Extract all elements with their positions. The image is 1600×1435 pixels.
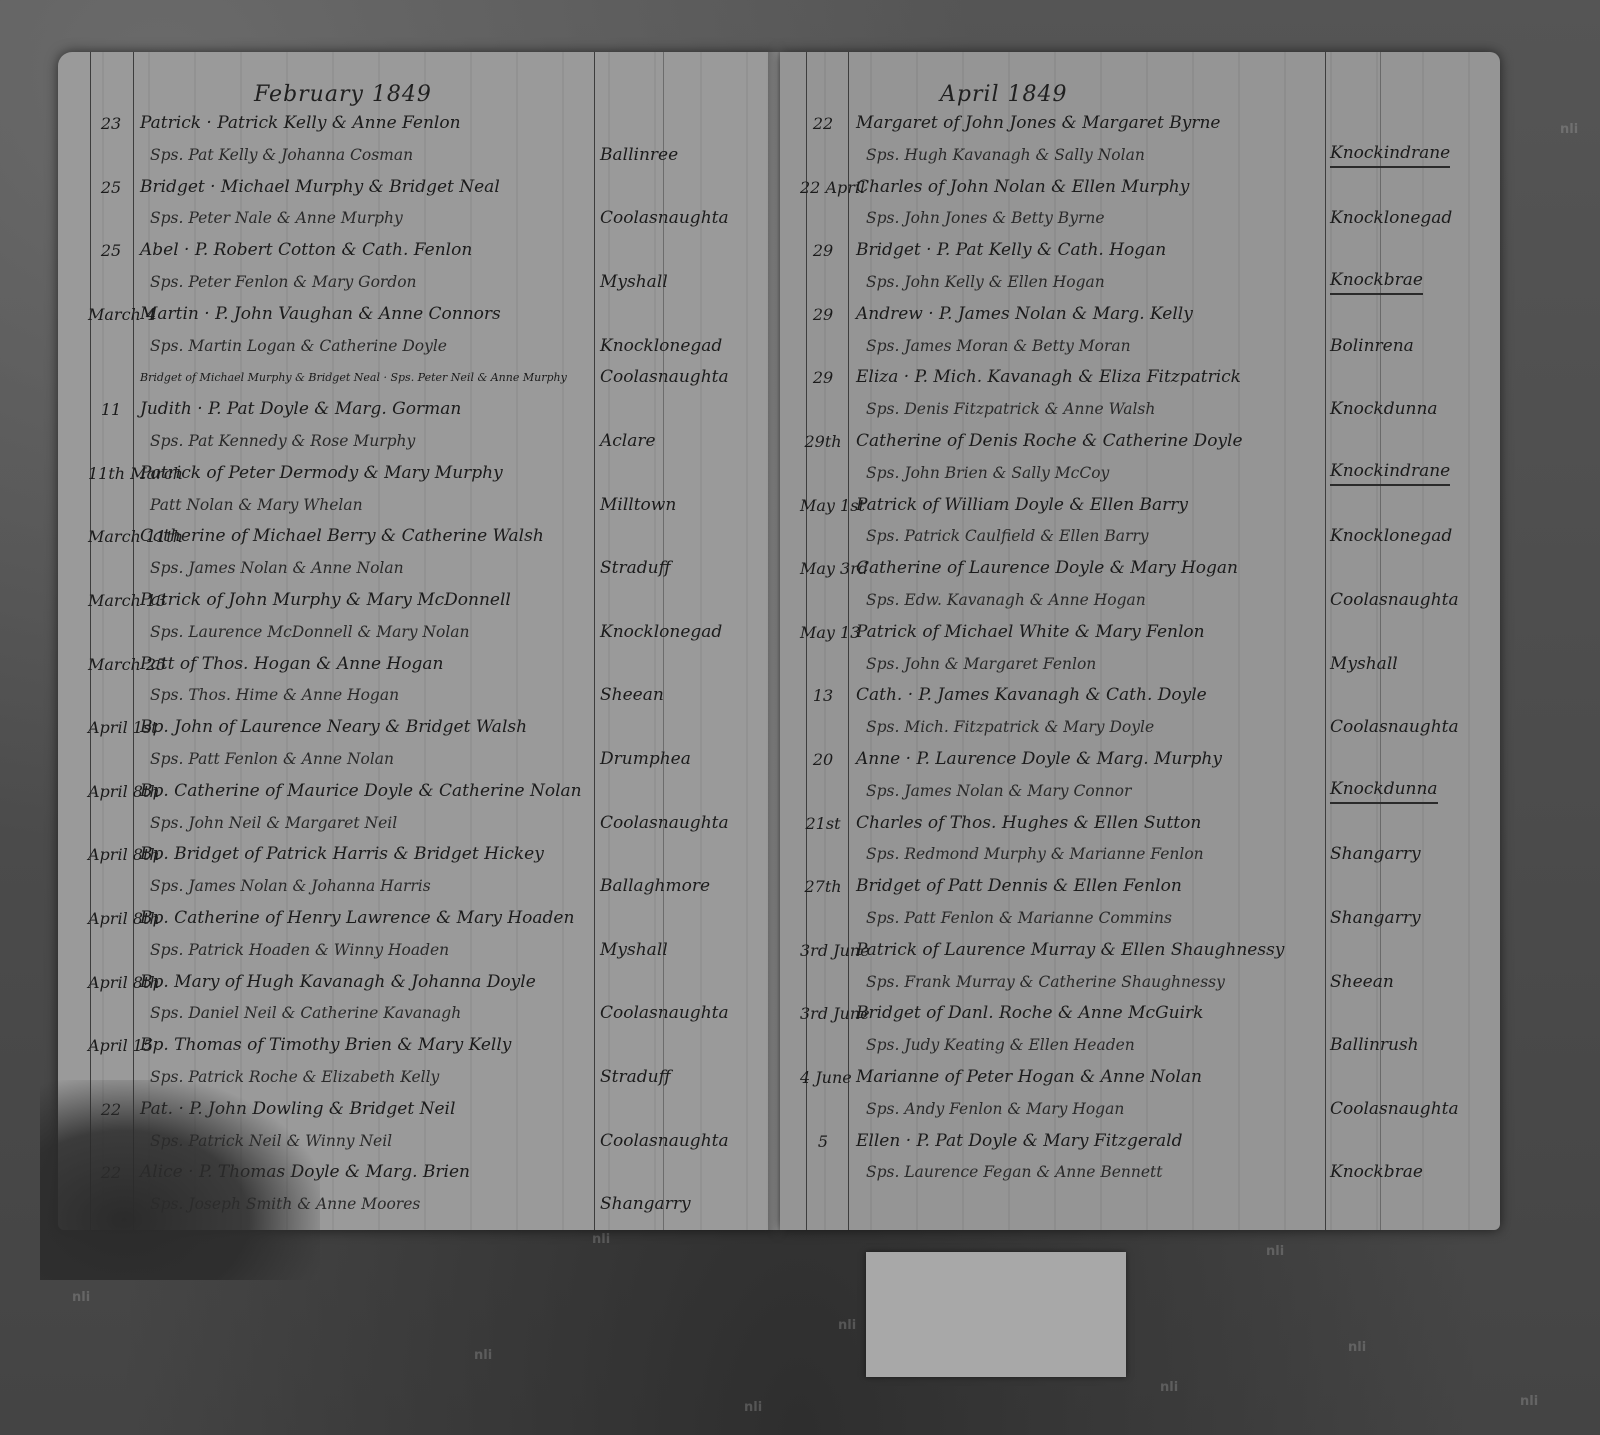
townland: Knockbrae — [1330, 267, 1423, 295]
watermark: nli — [592, 1232, 610, 1247]
entry-text: Bp. Catherine of Henry Lawrence & Mary H… — [140, 903, 574, 935]
baptism-entry: 23Patrick · Patrick Kelly & Anne Fenlon — [88, 108, 768, 140]
baptism-entry: 21stCharles of Thos. Hughes & Ellen Sutt… — [800, 808, 1500, 840]
watermark: nli — [72, 1290, 90, 1305]
entry-date: March 13 — [88, 585, 134, 617]
sponsors-text: Sps. Judy Keating & Ellen Headen — [866, 1030, 1135, 1062]
entry-text: Patt of Thos. Hogan & Anne Hogan — [140, 649, 444, 681]
sponsors-text: Sps. Pat Kelly & Johanna Cosman — [150, 140, 413, 172]
baptism-entry: March 13Patrick of John Murphy & Mary Mc… — [88, 585, 768, 617]
sponsors-line: Sps. John Brien & Sally McCoyKnockindran… — [800, 458, 1500, 490]
sponsors-line: Sps. Mich. Fitzpatrick & Mary DoyleCoola… — [800, 712, 1500, 744]
townland: Straduff — [600, 553, 671, 585]
sponsors-text: Sps. Mich. Fitzpatrick & Mary Doyle — [866, 712, 1154, 744]
townland: Coolasnaughta — [600, 362, 729, 394]
sponsors-line: Sps. Daniel Neil & Catherine KavanaghCoo… — [88, 998, 768, 1030]
sponsors-text: Sps. Redmond Murphy & Marianne Fenlon — [866, 839, 1204, 871]
baptism-entry: April 8thBp. Mary of Hugh Kavanagh & Joh… — [88, 967, 768, 999]
sponsors-line: Sps. John Kelly & Ellen HoganKnockbrae — [800, 267, 1500, 299]
baptism-entry: March 25Patt of Thos. Hogan & Anne Hogan — [88, 649, 768, 681]
sponsors-line: Sps. Patt Fenlon & Marianne ComminsShang… — [800, 903, 1500, 935]
townland: Shangarry — [1330, 839, 1421, 871]
watermark: nli — [744, 1400, 762, 1415]
entry-date: March 4 — [88, 299, 134, 331]
baptism-entry: 5Ellen · P. Pat Doyle & Mary Fitzgerald — [800, 1126, 1500, 1158]
entry-text: Patrick of William Doyle & Ellen Barry — [856, 490, 1188, 522]
entry-text: Bp. Catherine of Maurice Doyle & Catheri… — [140, 776, 582, 808]
baptism-entry: 4 JuneMarianne of Peter Hogan & Anne Nol… — [800, 1062, 1500, 1094]
baptism-entry: 3rd JunePatrick of Laurence Murray & Ell… — [800, 935, 1500, 967]
townland: Shangarry — [1330, 903, 1421, 935]
entry-text: Andrew · P. James Nolan & Marg. Kelly — [856, 299, 1193, 331]
sponsors-text: Patt Nolan & Mary Whelan — [150, 490, 363, 522]
sponsors-line: Sps. James Nolan & Johanna HarrisBallagh… — [88, 871, 768, 903]
baptism-entry: 13Cath. · P. James Kavanagh & Cath. Doyl… — [800, 680, 1500, 712]
sponsors-text: Sps. Edw. Kavanagh & Anne Hogan — [866, 585, 1146, 617]
entry-text: Catherine of Denis Roche & Catherine Doy… — [856, 426, 1243, 458]
sponsors-text: Sps. Peter Fenlon & Mary Gordon — [150, 267, 417, 299]
entry-text: Cath. · P. James Kavanagh & Cath. Doyle — [856, 680, 1207, 712]
entries-list: 23Patrick · Patrick Kelly & Anne FenlonS… — [88, 108, 768, 1221]
entry-text: Anne · P. Laurence Doyle & Marg. Murphy — [856, 744, 1222, 776]
watermark: nli — [1520, 1394, 1538, 1409]
watermark: nli — [474, 1348, 492, 1363]
sponsors-text: Sps. Martin Logan & Catherine Doyle — [150, 331, 447, 363]
townland: Shangarry — [600, 1189, 691, 1221]
entry-text: Bridget of Patt Dennis & Ellen Fenlon — [856, 871, 1182, 903]
page-heading: February 1849 — [254, 82, 432, 107]
townland: Knocklonegad — [1330, 521, 1452, 553]
sponsors-line: Sps. Laurence Fegan & Anne BennettKnockb… — [800, 1157, 1500, 1189]
sponsors-text: Sps. John Jones & Betty Byrne — [866, 203, 1105, 235]
entry-date: 3rd June — [800, 935, 846, 967]
entry-text: Bridget · Michael Murphy & Bridget Neal — [140, 172, 500, 204]
entry-text: Patrick · Patrick Kelly & Anne Fenlon — [140, 108, 461, 140]
sponsors-line: Sps. Patrick Hoaden & Winny HoadenMyshal… — [88, 935, 768, 967]
baptism-entry: 25Abel · P. Robert Cotton & Cath. Fenlon — [88, 235, 768, 267]
entry-date: 22 — [800, 108, 846, 140]
entry-text: Charles of John Nolan & Ellen Murphy — [856, 172, 1189, 204]
sponsors-line: Sps. Patrick Caulfield & Ellen BarryKnoc… — [800, 521, 1500, 553]
entry-text: Catherine of Michael Berry & Catherine W… — [140, 521, 544, 553]
entry-date: May 3rd — [800, 553, 846, 585]
townland: Knocklonegad — [600, 331, 722, 363]
watermark: nli — [1560, 122, 1578, 137]
sponsors-line: Sps. Hugh Kavanagh & Sally NolanKnockind… — [800, 140, 1500, 172]
entry-date: 11th March — [88, 458, 134, 490]
baptism-entry: May 13Patrick of Michael White & Mary Fe… — [800, 617, 1500, 649]
watermark: nli — [1266, 1244, 1284, 1259]
sponsors-line: Sps. James Nolan & Mary ConnorKnockdunna — [800, 776, 1500, 808]
sponsors-line: Sps. John Neil & Margaret NeilCoolasnaug… — [88, 808, 768, 840]
page-heading: April 1849 — [940, 82, 1068, 107]
baptism-entry: 20Anne · P. Laurence Doyle & Marg. Murph… — [800, 744, 1500, 776]
paper-slip — [866, 1252, 1126, 1377]
townland: Knockdunna — [1330, 394, 1438, 426]
entry-text: Bridget · P. Pat Kelly & Cath. Hogan — [856, 235, 1166, 267]
townland: Straduff — [600, 1062, 671, 1094]
entry-date: March 11th — [88, 521, 134, 553]
sponsors-line: Sps. Patt Fenlon & Anne NolanDrumphea — [88, 744, 768, 776]
entry-text: Bridget of Danl. Roche & Anne McGuirk — [856, 998, 1203, 1030]
entry-text: Marianne of Peter Hogan & Anne Nolan — [856, 1062, 1202, 1094]
baptism-entry: 22Margaret of John Jones & Margaret Byrn… — [800, 108, 1500, 140]
townland: Knockbrae — [1330, 1157, 1423, 1189]
baptism-entry: April 8thBp. Bridget of Patrick Harris &… — [88, 839, 768, 871]
sponsors-line: Sps. Pat Kelly & Johanna CosmanBallinree — [88, 140, 768, 172]
townland: Knocklonegad — [600, 617, 722, 649]
entry-text: Abel · P. Robert Cotton & Cath. Fenlon — [140, 235, 472, 267]
sponsors-text: Sps. James Nolan & Johanna Harris — [150, 871, 431, 903]
baptism-entry: 29Eliza · P. Mich. Kavanagh & Eliza Fitz… — [800, 362, 1500, 394]
townland: Sheean — [600, 680, 664, 712]
baptism-entry: April 8thBp. Catherine of Henry Lawrence… — [88, 903, 768, 935]
baptism-entry: March 4Martin · P. John Vaughan & Anne C… — [88, 299, 768, 331]
entry-date: April 15 — [88, 1030, 134, 1062]
baptism-entry: March 11thCatherine of Michael Berry & C… — [88, 521, 768, 553]
entry-date: 20 — [800, 744, 846, 776]
sponsors-text: Sps. Denis Fitzpatrick & Anne Walsh — [866, 394, 1155, 426]
baptism-entry: 11th MarchPatrick of Peter Dermody & Mar… — [88, 458, 768, 490]
register-page-left: February 1849 23Patrick · Patrick Kelly … — [58, 52, 775, 1230]
entry-date: April 8th — [88, 967, 134, 999]
sponsors-text: Sps. James Nolan & Mary Connor — [866, 776, 1131, 808]
entry-date: 25 — [88, 235, 134, 267]
townland: Ballinrush — [1330, 1030, 1419, 1062]
entry-text: Eliza · P. Mich. Kavanagh & Eliza Fitzpa… — [856, 362, 1241, 394]
entry-text: Margaret of John Jones & Margaret Byrne — [856, 108, 1220, 140]
entry-text: Judith · P. Pat Doyle & Marg. Gorman — [140, 394, 461, 426]
townland: Myshall — [600, 267, 668, 299]
townland: Knockindrane — [1330, 140, 1450, 168]
sponsors-text: Sps. Thos. Hime & Anne Hogan — [150, 680, 399, 712]
sponsors-line: Sps. Pat Kennedy & Rose MurphyAclare — [88, 426, 768, 458]
entry-date: 5 — [800, 1126, 846, 1158]
sponsors-text: Sps. John Kelly & Ellen Hogan — [866, 267, 1105, 299]
sponsors-line: Sps. Andy Fenlon & Mary HoganCoolasnaugh… — [800, 1094, 1500, 1126]
entry-date: April 8th — [88, 776, 134, 808]
townland: Drumphea — [600, 744, 691, 776]
entry-text: Patrick of Laurence Murray & Ellen Shaug… — [856, 935, 1284, 967]
watermark: nli — [1348, 1340, 1366, 1355]
townland: Myshall — [1330, 649, 1398, 681]
baptism-entry: April 15Bp. Thomas of Timothy Brien & Ma… — [88, 1030, 768, 1062]
townland: Coolasnaughta — [1330, 712, 1459, 744]
baptism-entry: 25Bridget · Michael Murphy & Bridget Nea… — [88, 172, 768, 204]
watermark: nli — [1160, 1380, 1178, 1395]
sponsors-text: Sps. Hugh Kavanagh & Sally Nolan — [866, 140, 1145, 172]
baptism-entry: May 1stPatrick of William Doyle & Ellen … — [800, 490, 1500, 522]
townland: Bolinrena — [1330, 331, 1414, 363]
sponsors-line: Sps. Thos. Hime & Anne HoganSheean — [88, 680, 768, 712]
townland: Ballaghmore — [600, 871, 710, 903]
baptism-entry: 11Judith · P. Pat Doyle & Marg. Gorman — [88, 394, 768, 426]
sponsors-text: Sps. Patt Fenlon & Marianne Commins — [866, 903, 1172, 935]
entry-text: Bp. Thomas of Timothy Brien & Mary Kelly — [140, 1030, 511, 1062]
baptism-entry: 29thCatherine of Denis Roche & Catherine… — [800, 426, 1500, 458]
entries-list: 22Margaret of John Jones & Margaret Byrn… — [800, 108, 1500, 1189]
entry-text: Patrick of Peter Dermody & Mary Murphy — [140, 458, 503, 490]
entry-date: 3rd June — [800, 998, 846, 1030]
sponsors-text: Sps. Peter Nale & Anne Murphy — [150, 203, 403, 235]
entry-date: March 25 — [88, 649, 134, 681]
townland: Ballinree — [600, 140, 678, 172]
sponsors-text: Sps. Patt Fenlon & Anne Nolan — [150, 744, 394, 776]
scan-shadow — [40, 1080, 320, 1280]
entry-date: 21st — [800, 808, 846, 840]
townland: Coolasnaughta — [1330, 1094, 1459, 1126]
sponsors-line: Sps. Judy Keating & Ellen HeadenBallinru… — [800, 1030, 1500, 1062]
entry-date: 29 — [800, 299, 846, 331]
baptism-entry: April 8thBp. Catherine of Maurice Doyle … — [88, 776, 768, 808]
entry-date: 23 — [88, 108, 134, 140]
entry-date: April 8th — [88, 839, 134, 871]
sponsors-line: Sps. Martin Logan & Catherine DoyleKnock… — [88, 331, 768, 363]
register-page-right: April 1849 22Margaret of John Jones & Ma… — [780, 52, 1500, 1230]
sponsors-text: Sps. Laurence Fegan & Anne Bennett — [866, 1157, 1163, 1189]
townland: Coolasnaughta — [1330, 585, 1459, 617]
sponsors-line: Sps. Edw. Kavanagh & Anne HoganCoolasnau… — [800, 585, 1500, 617]
sponsors-text: Sps. Laurence McDonnell & Mary Nolan — [150, 617, 470, 649]
entry-text: Charles of Thos. Hughes & Ellen Sutton — [856, 808, 1201, 840]
baptism-entry: Bridget of Michael Murphy & Bridget Neal… — [88, 362, 768, 394]
entry-date: 11 — [88, 394, 134, 426]
sponsors-text: Sps. Patrick Hoaden & Winny Hoaden — [150, 935, 449, 967]
baptism-entry: May 3rdCatherine of Laurence Doyle & Mar… — [800, 553, 1500, 585]
sponsors-text: Sps. Andy Fenlon & Mary Hogan — [866, 1094, 1124, 1126]
entry-date: 4 June — [800, 1062, 846, 1094]
baptism-entry: 27thBridget of Patt Dennis & Ellen Fenlo… — [800, 871, 1500, 903]
entry-text: Ellen · P. Pat Doyle & Mary Fitzgerald — [856, 1126, 1182, 1158]
baptism-entry: 29Bridget · P. Pat Kelly & Cath. Hogan — [800, 235, 1500, 267]
entry-date: May 13 — [800, 617, 846, 649]
townland: Sheean — [1330, 967, 1394, 999]
entry-date: April 1st — [88, 712, 134, 744]
entry-text: Bp. Mary of Hugh Kavanagh & Johanna Doyl… — [140, 967, 536, 999]
sponsors-line: Sps. John Jones & Betty ByrneKnocklonega… — [800, 203, 1500, 235]
entry-date: 25 — [88, 172, 134, 204]
baptism-entry: 3rd JuneBridget of Danl. Roche & Anne Mc… — [800, 998, 1500, 1030]
entry-text: Bridget of Michael Murphy & Bridget Neal… — [140, 362, 567, 394]
sponsors-line: Sps. Frank Murray & Catherine Shaughness… — [800, 967, 1500, 999]
sponsors-text: Sps. Pat Kennedy & Rose Murphy — [150, 426, 415, 458]
sponsors-text: Sps. Frank Murray & Catherine Shaughness… — [866, 967, 1225, 999]
townland: Aclare — [600, 426, 656, 458]
sponsors-text: Sps. Daniel Neil & Catherine Kavanagh — [150, 998, 461, 1030]
sponsors-line: Sps. Peter Fenlon & Mary GordonMyshall — [88, 267, 768, 299]
entry-date: 22 April — [800, 172, 846, 204]
sponsors-line: Sps. James Moran & Betty MoranBolinrena — [800, 331, 1500, 363]
townland: Knockindrane — [1330, 458, 1450, 486]
entry-text: Bp. Bridget of Patrick Harris & Bridget … — [140, 839, 544, 871]
sponsors-line: Sps. Redmond Murphy & Marianne FenlonSha… — [800, 839, 1500, 871]
baptism-entry: 22 AprilCharles of John Nolan & Ellen Mu… — [800, 172, 1500, 204]
sponsors-line: Sps. John & Margaret FenlonMyshall — [800, 649, 1500, 681]
sponsors-text: Sps. John Neil & Margaret Neil — [150, 808, 397, 840]
entry-text: Patrick of John Murphy & Mary McDonnell — [140, 585, 511, 617]
entry-text: Catherine of Laurence Doyle & Mary Hogan — [856, 553, 1238, 585]
entry-text: Patrick of Michael White & Mary Fenlon — [856, 617, 1205, 649]
townland: Knocklonegad — [1330, 203, 1452, 235]
baptism-entry: April 1stBp. John of Laurence Neary & Br… — [88, 712, 768, 744]
sponsors-text: Sps. Patrick Caulfield & Ellen Barry — [866, 521, 1149, 553]
entry-date: 29 — [800, 235, 846, 267]
sponsors-line: Patt Nolan & Mary WhelanMilltown — [88, 490, 768, 522]
townland: Coolasnaughta — [600, 998, 729, 1030]
townland: Milltown — [600, 490, 676, 522]
entry-date: 29 — [800, 362, 846, 394]
entry-date: 13 — [800, 680, 846, 712]
townland: Knockdunna — [1330, 776, 1438, 804]
entry-text: Bp. John of Laurence Neary & Bridget Wal… — [140, 712, 527, 744]
sponsors-line: Sps. Peter Nale & Anne MurphyCoolasnaugh… — [88, 203, 768, 235]
watermark: nli — [838, 1318, 856, 1333]
townland: Myshall — [600, 935, 668, 967]
townland: Coolasnaughta — [600, 808, 729, 840]
sponsors-line: Sps. Denis Fitzpatrick & Anne WalshKnock… — [800, 394, 1500, 426]
entry-date: April 8th — [88, 903, 134, 935]
sponsors-text: Sps. John Brien & Sally McCoy — [866, 458, 1109, 490]
baptism-entry: 29Andrew · P. James Nolan & Marg. Kelly — [800, 299, 1500, 331]
entry-text: Martin · P. John Vaughan & Anne Connors — [140, 299, 501, 331]
sponsors-text: Sps. James Moran & Betty Moran — [866, 331, 1131, 363]
townland: Coolasnaughta — [600, 1126, 729, 1158]
entry-date: 29th — [800, 426, 846, 458]
sponsors-line: Sps. Laurence McDonnell & Mary NolanKnoc… — [88, 617, 768, 649]
sponsors-text: Sps. John & Margaret Fenlon — [866, 649, 1096, 681]
sponsors-line: Sps. James Nolan & Anne NolanStraduff — [88, 553, 768, 585]
entry-date: 27th — [800, 871, 846, 903]
entry-date: May 1st — [800, 490, 846, 522]
sponsors-text: Sps. James Nolan & Anne Nolan — [150, 553, 404, 585]
townland: Coolasnaughta — [600, 203, 729, 235]
